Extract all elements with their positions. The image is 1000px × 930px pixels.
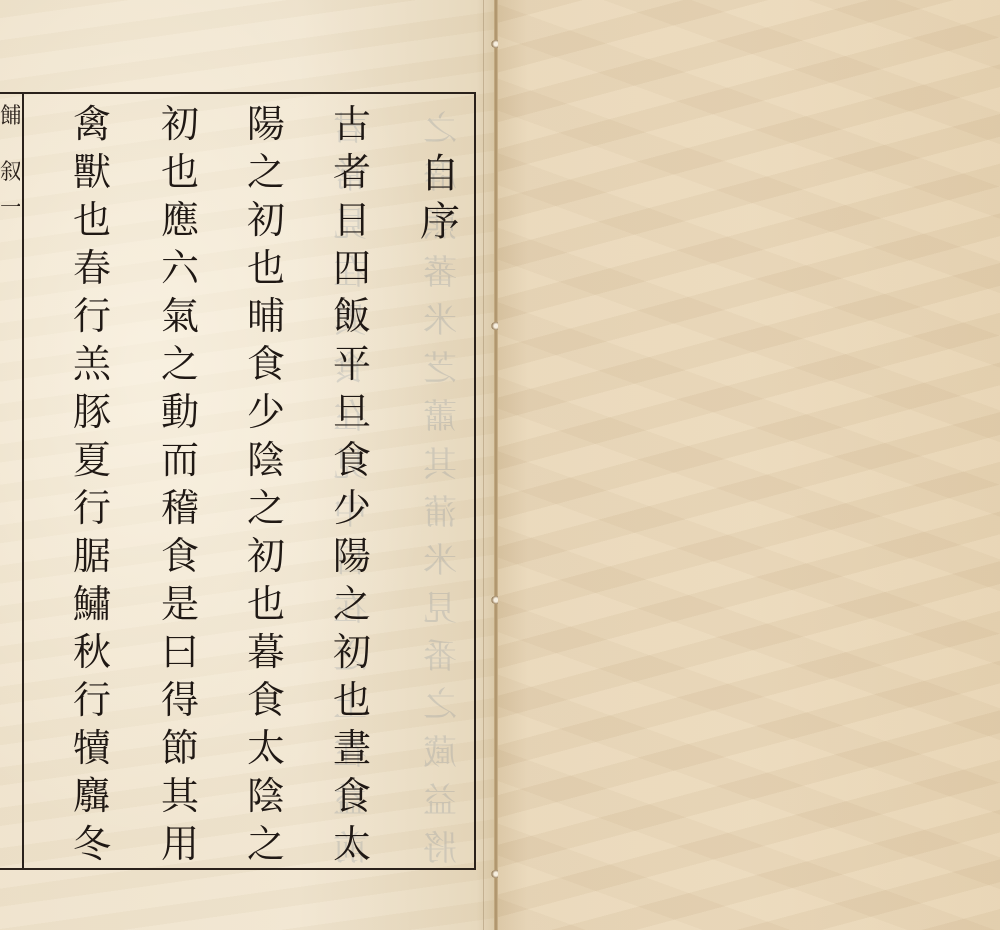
char: 應	[144, 196, 216, 244]
char: 晡	[230, 292, 302, 340]
char: 初	[230, 196, 302, 244]
margin-glyph: 叙	[0, 160, 20, 186]
page-fold-line	[483, 0, 484, 930]
char: 動	[144, 388, 216, 436]
char: 六	[144, 244, 216, 292]
char: 而	[144, 436, 216, 484]
char: 腒	[56, 532, 128, 580]
char: 也	[56, 196, 128, 244]
char: 用	[144, 820, 216, 868]
char: 食	[230, 340, 302, 388]
char: 之	[230, 820, 302, 868]
frame-inner-rule	[22, 92, 24, 870]
char: 少	[230, 388, 302, 436]
char: 曰	[144, 628, 216, 676]
char: 日	[316, 196, 388, 244]
char: 古	[316, 100, 388, 148]
char: 麛	[56, 772, 128, 820]
char: 初	[144, 100, 216, 148]
char: 也	[230, 244, 302, 292]
char: 太	[230, 724, 302, 772]
char: 得	[144, 676, 216, 724]
char: 太	[316, 820, 388, 868]
char: 初	[316, 628, 388, 676]
char: 也	[144, 148, 216, 196]
char: 之	[230, 484, 302, 532]
char: 犢	[56, 724, 128, 772]
char: 四	[316, 244, 388, 292]
char: 獸	[56, 148, 128, 196]
char: 行	[56, 484, 128, 532]
char: 之	[144, 340, 216, 388]
char: 禽	[56, 100, 128, 148]
right-page-blank	[498, 0, 1000, 930]
margin-glyph: 餔	[0, 104, 20, 130]
char: 夏	[56, 436, 128, 484]
text-column-3: 初 也 應 六 氣 之 動 而 稽 食 是 曰 得 節 其 用	[144, 100, 216, 868]
text-column-2: 陽 之 初 也 晡 食 少 陰 之 初 也 暮 食 太 陰 之	[230, 100, 302, 868]
char: 春	[56, 244, 128, 292]
char: 也	[230, 580, 302, 628]
title-char: 序	[404, 198, 476, 246]
char: 食	[316, 436, 388, 484]
char: 飯	[316, 292, 388, 340]
char: 者	[316, 148, 388, 196]
char: 陽	[316, 532, 388, 580]
char: 陰	[230, 436, 302, 484]
char: 是	[144, 580, 216, 628]
char: 食	[144, 532, 216, 580]
char: 秋	[56, 628, 128, 676]
char: 行	[56, 292, 128, 340]
char: 也	[316, 676, 388, 724]
char: 之	[316, 580, 388, 628]
char: 陰	[230, 772, 302, 820]
title-char: 自	[404, 150, 476, 198]
preface-title: 自 序	[404, 150, 476, 246]
char: 豚	[56, 388, 128, 436]
char: 節	[144, 724, 216, 772]
left-page: 之辟熊蕃米芝蕭其蒲米見番之蔵益將 君常見在異食在見中日在之上在益前 餔 叙 一 …	[0, 0, 496, 930]
char: 陽	[230, 100, 302, 148]
text-column-1: 古 者 日 四 飯 平 旦 食 少 陽 之 初 也 晝 食 太	[316, 100, 388, 868]
char: 旦	[316, 388, 388, 436]
text-column-4: 禽 獸 也 春 行 羔 豚 夏 行 腒 鱐 秋 行 犢 麛 冬	[56, 100, 128, 868]
char: 之	[230, 148, 302, 196]
char: 平	[316, 340, 388, 388]
char: 稽	[144, 484, 216, 532]
char: 羔	[56, 340, 128, 388]
char: 暮	[230, 628, 302, 676]
char: 行	[56, 676, 128, 724]
char: 其	[144, 772, 216, 820]
char: 少	[316, 484, 388, 532]
margin-glyph: 一	[0, 196, 20, 222]
char: 晝	[316, 724, 388, 772]
char: 鱐	[56, 580, 128, 628]
char: 氣	[144, 292, 216, 340]
char: 初	[230, 532, 302, 580]
char: 食	[316, 772, 388, 820]
char: 冬	[56, 820, 128, 868]
char: 食	[230, 676, 302, 724]
book-spread: 之辟熊蕃米芝蕭其蒲米見番之蔵益將 君常見在異食在見中日在之上在益前 餔 叙 一 …	[0, 0, 1000, 930]
